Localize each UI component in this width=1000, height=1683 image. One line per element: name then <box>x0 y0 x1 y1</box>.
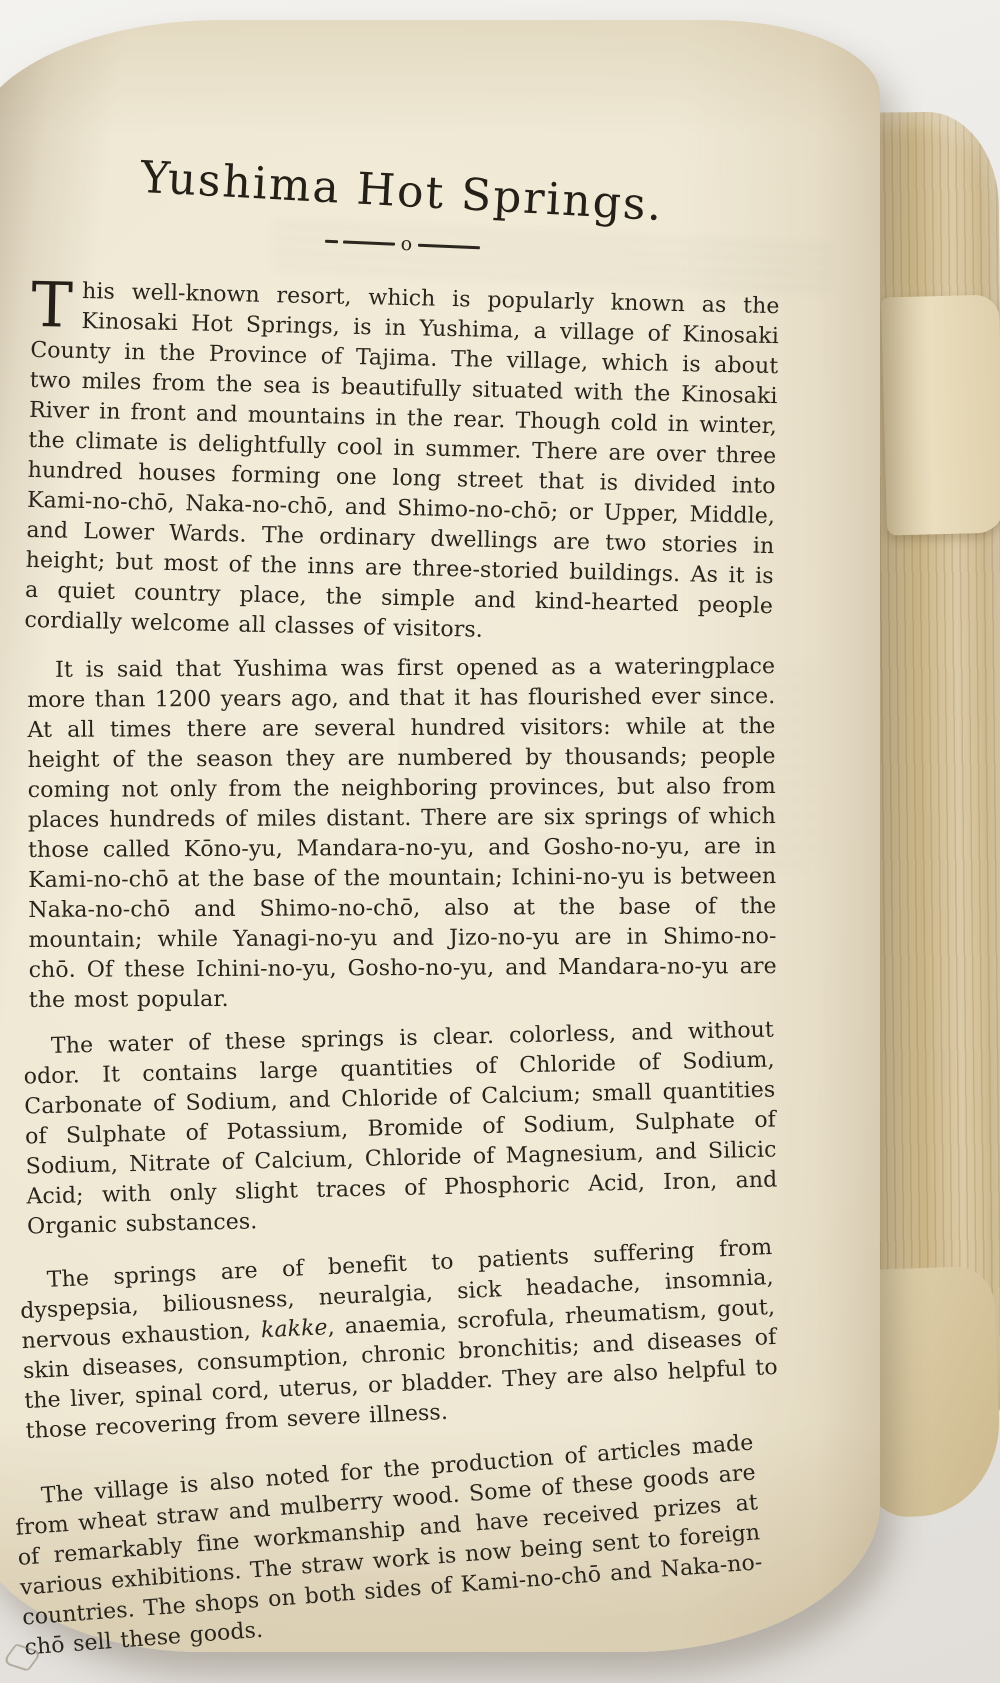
paragraph-2: It is said that Yushima was first opened… <box>27 652 777 1016</box>
paragraph-5: The village is also noted for the produc… <box>12 1428 765 1663</box>
drop-cap: T <box>31 276 83 331</box>
paragraph-text: It is said that Yushima was first opened… <box>27 654 777 1013</box>
chapter-title: Yushima Hot Springs. <box>27 146 777 237</box>
italic-term: kakke <box>260 1315 328 1343</box>
page-content: Yushima Hot Springs. o This well-known r… <box>28 20 776 1642</box>
photograph-scene: Yushima Hot Springs. o This well-known r… <box>0 0 1000 1683</box>
paragraph-4: The springs are of benefit to patients s… <box>18 1233 779 1447</box>
paragraph-3: The water of these springs is clear. col… <box>23 1016 779 1243</box>
paragraph-text: The water of these springs is clear. col… <box>23 1018 777 1240</box>
divider-o-glyph: o <box>400 235 412 254</box>
divider-dash <box>324 240 337 243</box>
protruding-page-edge <box>881 294 1000 535</box>
book-page: Yushima Hot Springs. o This well-known r… <box>0 20 880 1652</box>
paragraph-text: his well-known resort, which is popularl… <box>24 279 780 643</box>
ornamental-divider: o <box>304 231 500 258</box>
divider-dash <box>418 244 480 249</box>
paragraph-1: This well-known resort, which is popular… <box>24 276 780 652</box>
divider-dash <box>342 241 394 246</box>
paragraph-text: The village is also noted for the produc… <box>15 1430 764 1660</box>
